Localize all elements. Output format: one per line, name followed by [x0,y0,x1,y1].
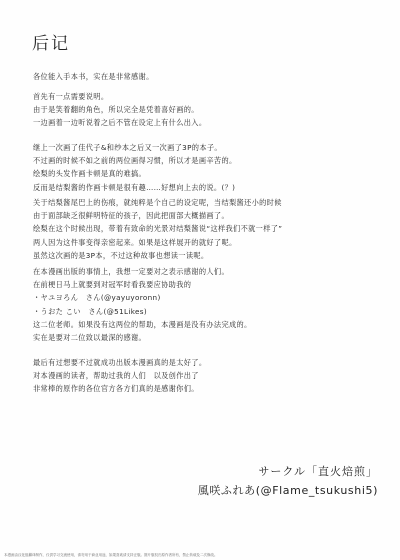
afterword-page: 后记 各位能入手本书，实在是非常感谢。 首先有一点需要说明。 由于是笑着翻的角色… [0,0,400,560]
text-line: 不过画的时候不如之前的两位画得习惯，所以才是画辛苦的。 [33,154,378,167]
text-line: 一边画着一边听说着之后不管在设定上有什么出入。 [33,116,378,129]
text-line: 关于结梨酱尾巴上的伤痕，就纯粹是个自己的设定呢，当结梨酱还小的时候 [33,196,378,209]
text-line: 非常棒的原作的各位官方各方们真的是感谢你们。 [33,382,378,395]
signature-circle-name: サークル「直火焙煎」 [258,463,378,479]
paragraph-character-backstory: 关于结梨酱尾巴上的伤痕，就纯粹是个自己的设定呢，当结梨酱还小的时候 由于面部缺乏… [33,196,378,262]
text-line: 由于是笑着翻的角色，所以完全是凭着喜好画的。 [33,103,378,116]
footer-note: 本漫画由汉化组翻译制作，仅供学习交流使用，请勿用于商业用途，如果喜欢请支持正版。… [4,553,218,558]
text-line: 这二位老师。如果没有这两位的帮助，本漫画是没有办法完成的。 [33,318,378,331]
text-line: 绘梨的头发作画卡顿是真的难搞。 [33,167,378,180]
text-line: 在本漫画出版的事情上，我想一定要对之表示感谢的人们。 [33,265,378,278]
text-line: 继上一次画了佳代子&和纱本之后又一次画了3P的本子。 [33,141,378,154]
text-line: 两人因为这件事变得亲密起来。如果是这样展开的就好了呢。 [33,236,378,249]
text-line: 由于面部缺乏很鲜明特征的孩子，因此把面部大概描画了。 [33,209,378,222]
paragraph-closing-thanks: 最后有过想要不过就成功出版本漫画真的是太好了。 对本漫画的读者，帮助过我的人们 … [33,356,378,396]
paragraph-greeting: 各位能入手本书，实在是非常感谢。 [33,70,378,83]
text-line: 最后有过想要不过就成功出版本漫画真的是太好了。 [33,356,378,369]
paragraph-disclaimer: 首先有一点需要说明。 由于是笑着翻的角色，所以完全是凭着喜好画的。 一边画着一边… [33,90,378,130]
text-line: 绘梨在这个时候出现，带着有致命的光景对结梨酱说“这样我们不就一样了” [33,222,378,235]
text-line: 实在是要对二位致以最深的感谢。 [33,331,378,344]
signature-author-name: 風咲ふれあ(@Flame_tsukushi5) [198,482,378,498]
paragraph-drawing-notes: 继上一次画了佳代子&和纱本之后又一次画了3P的本子。 不过画的时候不如之前的两位… [33,141,378,194]
text-line: 首先有一点需要说明。 [33,90,378,103]
paragraph-acknowledgements: 在本漫画出版的事情上，我想一定要对之表示感谢的人们。 在前梗日马上就要到对冠军时… [33,265,378,344]
text-line: 各位能入手本书，实在是非常感谢。 [33,70,378,83]
credit-line-51likes: ・うおた こい さん(@51Likes) [33,305,378,318]
text-line: 虽然这次画的是3P本，不过这种故事也想读一读呢。 [33,249,378,262]
text-line: 反而是结梨酱的作画卡顿是很有趣……好想向上去的说。(？) [33,181,378,194]
text-line: 在前梗日马上就要到对冠军时看我要应协助我的 [33,278,378,291]
page-title: 后记 [32,29,70,54]
credit-line-yayuyoronn: ・ヤユヨろん さん(@yayuyoronn) [33,291,378,304]
text-line: 对本漫画的读者，帮助过我的人们 以及创作出了 [33,369,378,382]
